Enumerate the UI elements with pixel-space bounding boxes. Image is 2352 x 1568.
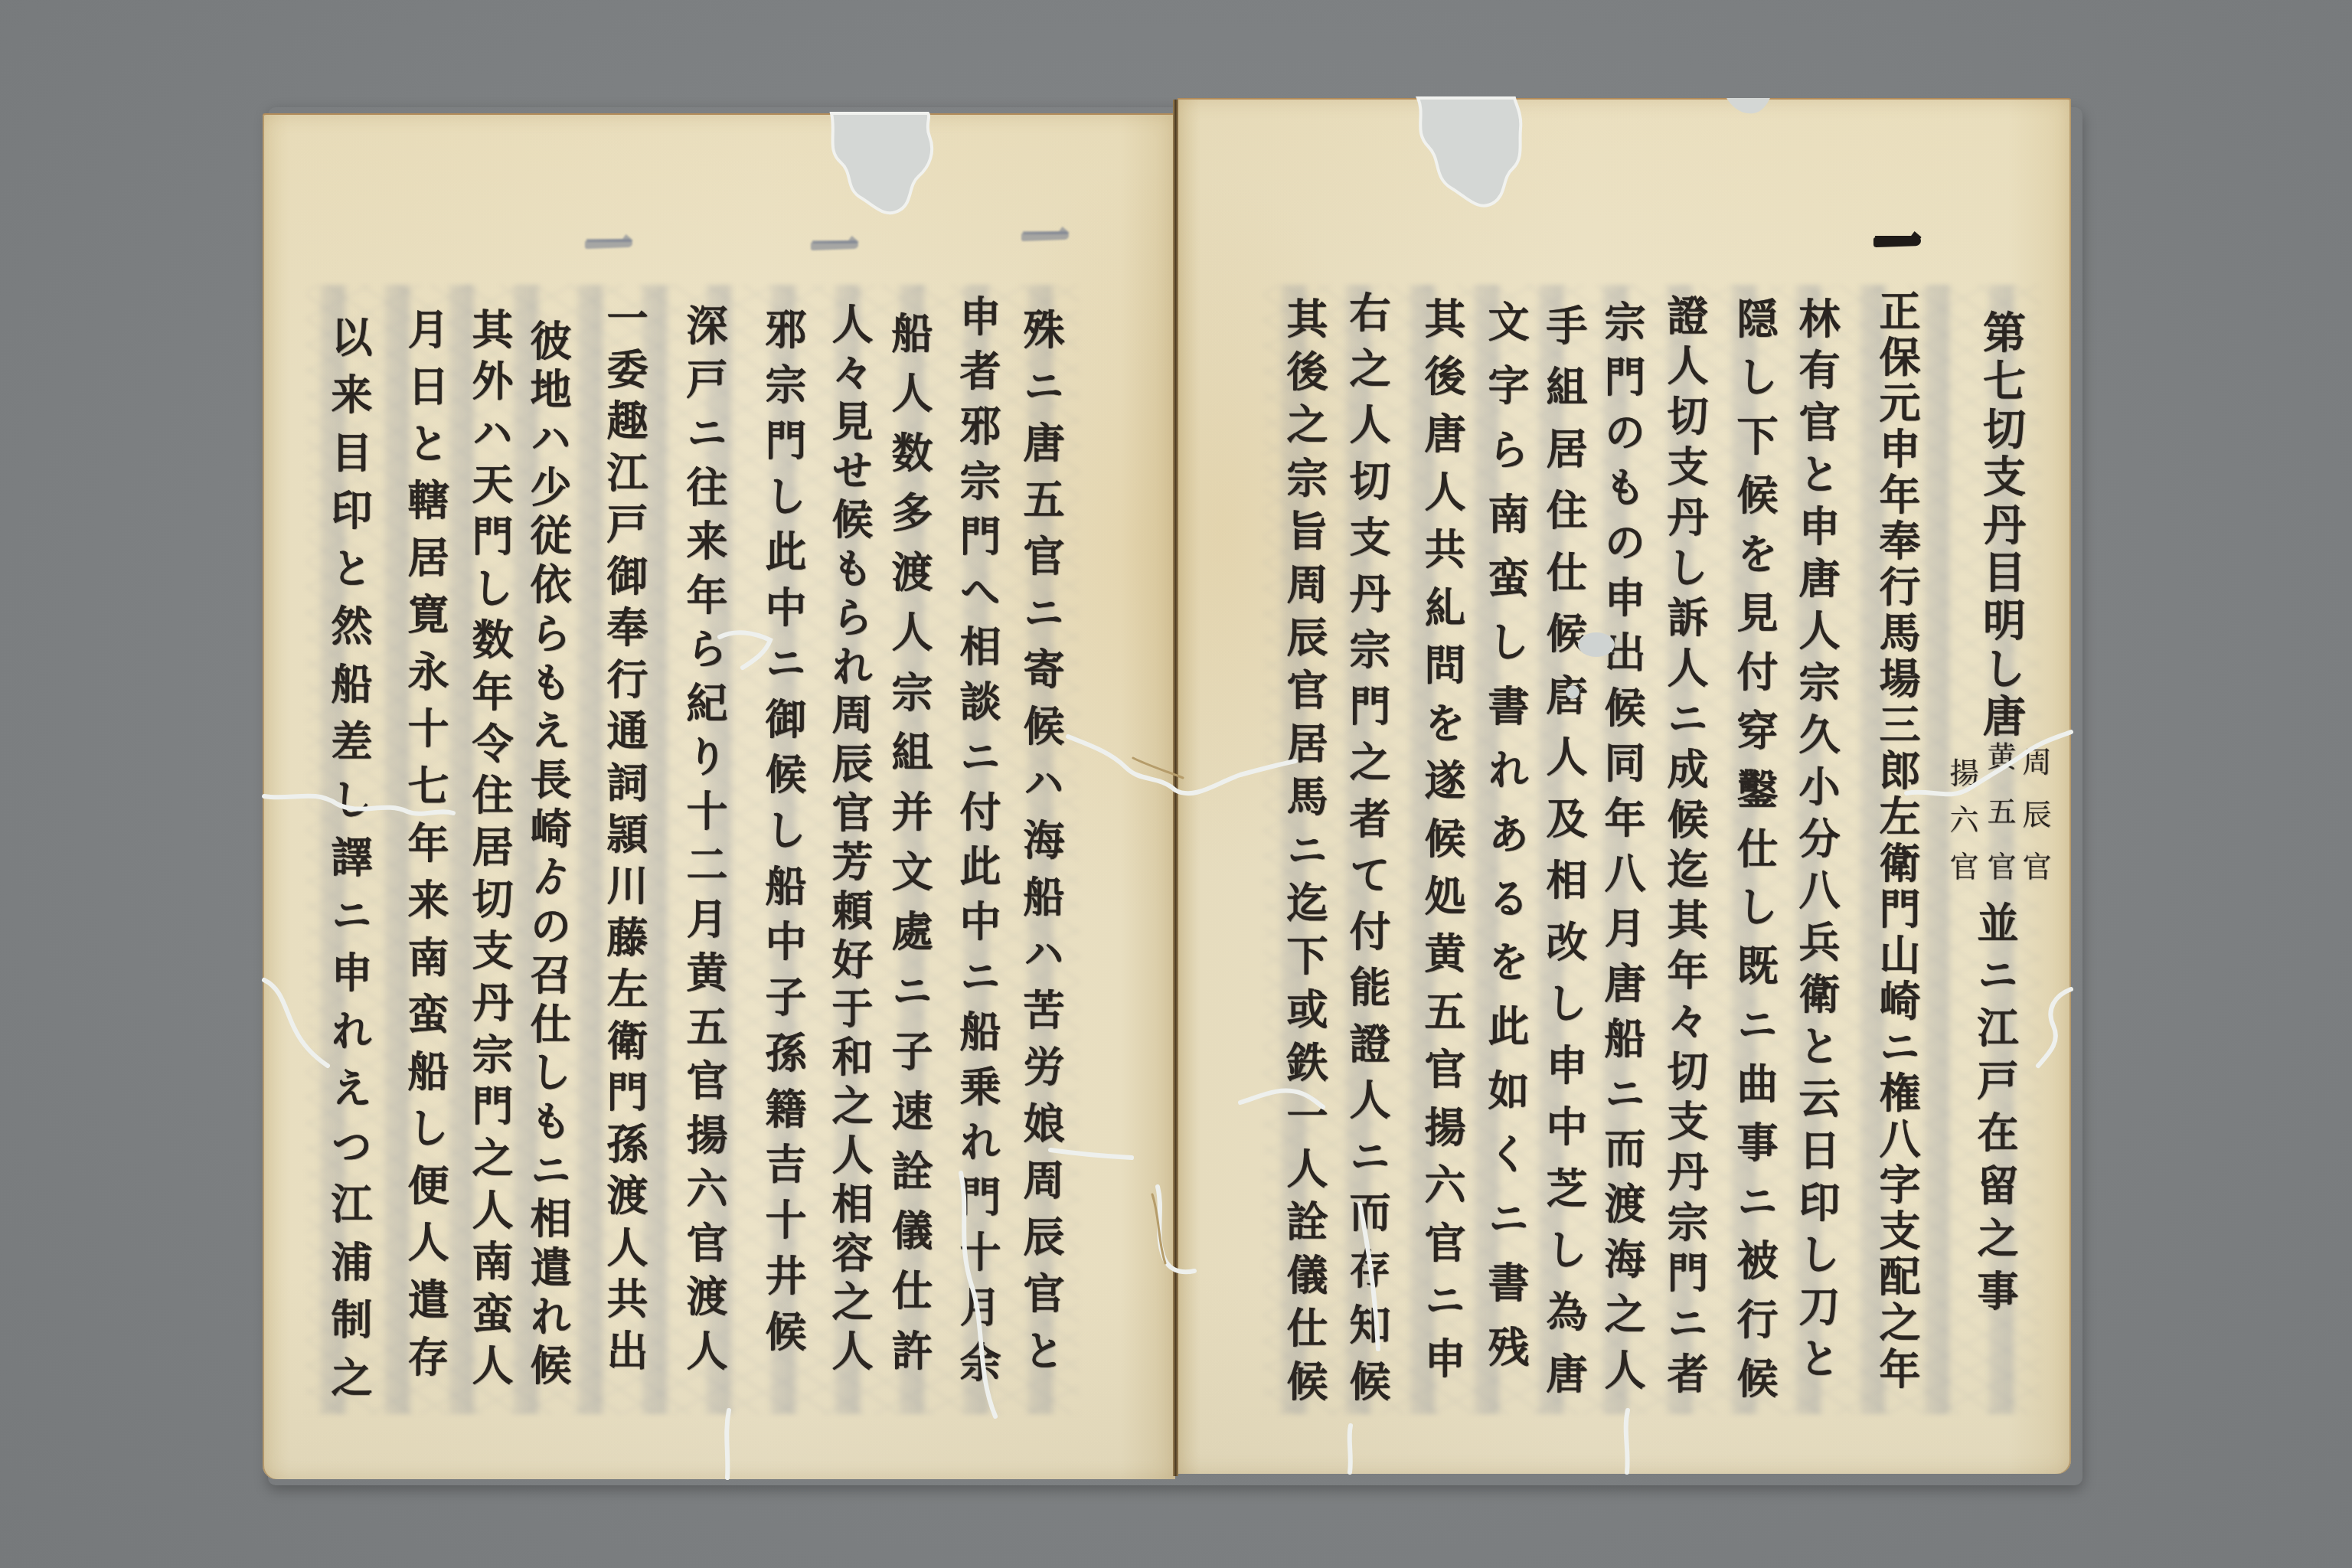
bleed-through-mark: 一	[811, 239, 858, 253]
text-column: 船人数多渡人宗組并文處ニ子速詮儀仕許	[884, 312, 935, 1370]
text-column: 其外ハ天門し数年令住居切支丹宗門之人南蛮人	[465, 308, 515, 1385]
photo-scene: 第七切支丹目明し唐人 周辰官 黄五官 揚六官 並ニ江戸在留之事 一 正保元申年奉…	[0, 0, 2352, 1568]
text-column: 證人切支丹し訴人ニ成候迄其年々切支丹宗門ニ者	[1660, 294, 1710, 1393]
text-column: 林有官と申唐人宗久小分八兵衛と云日印し刀と	[1792, 297, 1842, 1378]
text-column: 人々見せ候もられ周辰官芳頼好于和之人相容之人	[825, 302, 875, 1370]
text-column: 手組居住仕候唐人及相改し申中芝し為唐	[1539, 304, 1589, 1393]
text-column: 彼地ハ少従依らもえ長崎ゟの召仕しもニ相遣れ候	[523, 319, 573, 1385]
text-column: 邪宗門し此中ニ御候し船中子孫籍吉十井候	[758, 308, 808, 1351]
section-title: 第七切支丹目明し唐人	[1976, 310, 2027, 737]
text-column: 以来目印と然船差し譯ニ申れえつ江浦制之	[324, 315, 374, 1397]
title-annotation: 黄五官	[1982, 741, 2016, 880]
bleed-through-mark: 一	[1021, 230, 1069, 243]
text-column: 月日と轄居寛永十七年来南蛮船し便人遣存	[400, 308, 451, 1377]
text-column: 其後之宗旨周辰官居馬ニ迄下或鉄一人詮儀仕候	[1279, 297, 1330, 1401]
title-annotation: 揚六官	[1945, 758, 1978, 880]
book-gutter	[1173, 100, 1178, 1476]
text-column: 隠し下候を見付穿鑿仕し既ニ曲事ニ被行候	[1730, 297, 1780, 1398]
text-column: 右之人切支丹宗門之者て付能證人ニ而存知候	[1342, 291, 1393, 1401]
title-annotation: 周辰官	[2017, 746, 2051, 880]
text-column: 正保元申年奉行馬場三郎左衛門山崎ニ権八字支配之年	[1872, 289, 1922, 1389]
text-column: 申者邪宗門へ相談ニ付此中ニ船乗れ門十月余	[952, 295, 1003, 1382]
text-column: 殊ニ唐五官ニ寄候ハ海船ハ苦労娘周辰官と	[1016, 308, 1067, 1370]
text-column: 文字ら南蛮し書れあるを此如くニ書残	[1481, 300, 1531, 1367]
text-column: 宗門のもの申出候同年八月唐船ニ而渡海之人	[1597, 300, 1648, 1390]
section-title-continuation: 並ニ江戸在留之事	[1970, 901, 2020, 1311]
text-column: 其後唐人共糺問を遂候処黄五官揚六官ニ申	[1417, 297, 1468, 1378]
item-mark: 一	[1873, 234, 1921, 248]
text-column: 深戸ニ往来年ら紀り十二月黄五官揚六官渡人	[679, 304, 730, 1370]
bleed-through-mark: 一	[585, 237, 632, 251]
text-column: 一委趣江戸御奉行通詞頴川藤左衛門孫渡人共出	[599, 296, 650, 1370]
